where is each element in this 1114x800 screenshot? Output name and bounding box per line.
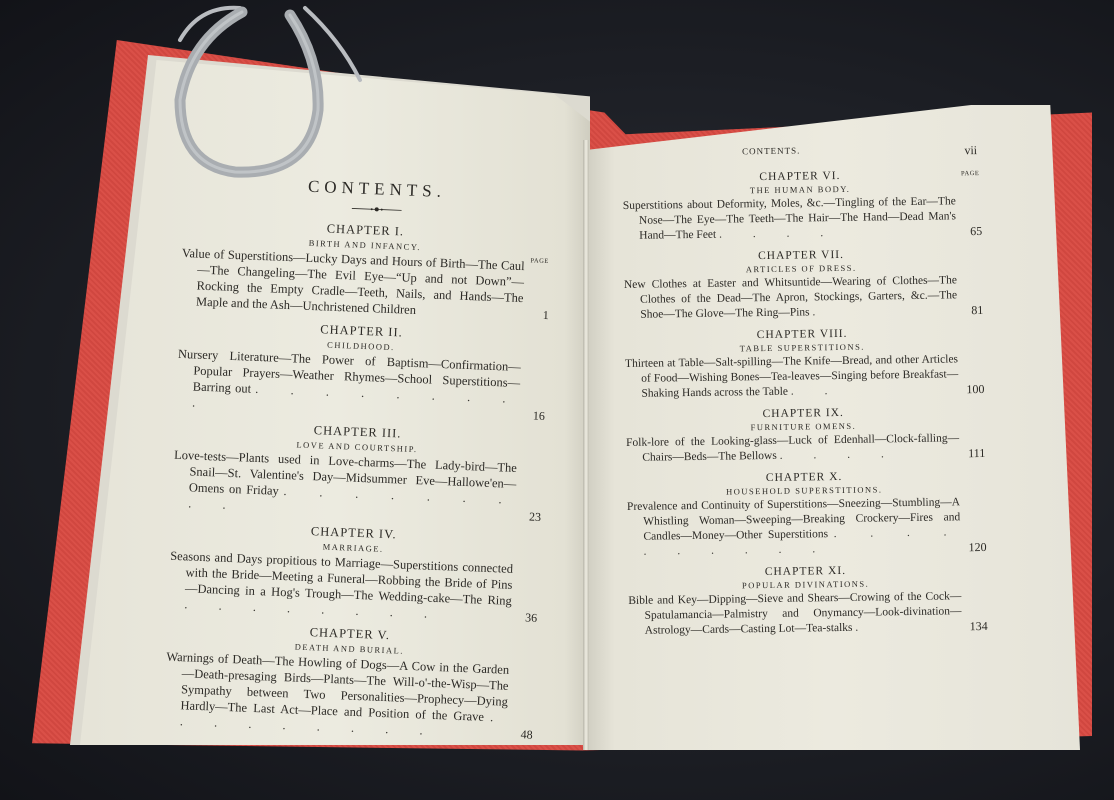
chapter-topics: Seasons and Days propitious to Marriage—… [168, 548, 535, 626]
page-number: 120 [969, 540, 987, 555]
chapter-topics: Bible and Key—Dipping—Sieve and Shears—C… [628, 589, 984, 639]
toc-chapter-1[interactable]: CHAPTER I. BIRTH AND INFANCY. PAGE Value… [180, 216, 548, 323]
toc-chapter-3[interactable]: CHAPTER III. LOVE AND COURTSHIP. Love-te… [172, 418, 540, 525]
toc-chapter-10[interactable]: CHAPTER X. HOUSEHOLD SUPERSTITIONS. Prev… [627, 469, 983, 560]
toc-chapter-9[interactable]: CHAPTER IX. FURNITURE OMENS. Folk-lore o… [626, 405, 982, 466]
folio-number: vii [964, 143, 977, 158]
page-number: 134 [970, 619, 988, 634]
toc-chapter-5[interactable]: CHAPTER V. DEATH AND BURIAL. Warnings of… [164, 620, 533, 743]
chapter-topics: Thirteen at Table—Salt-spilling—The Knif… [625, 352, 981, 402]
page-number: 48 [520, 726, 533, 742]
chapter-topics: Nursery Literature—The Power of Baptism—… [176, 346, 543, 424]
chapter-topics: New Clothes at Easter and Whitsuntide—We… [624, 273, 980, 323]
toc-chapter-4[interactable]: CHAPTER IV. MARRIAGE. Seasons and Days p… [168, 519, 536, 626]
page-number: 65 [970, 224, 982, 239]
dot-leader: . . [791, 385, 842, 398]
chapter-topics: Folk-lore of the Looking-glass—Luck of E… [626, 431, 981, 466]
page-number: 81 [971, 303, 983, 318]
ornament-rule-icon [351, 204, 401, 214]
chapter-topics: Prevalence and Continuity of Superstitio… [627, 495, 983, 560]
chapter-topics: Love-tests—Plants used in Love-charms—Th… [172, 447, 539, 525]
running-head-title: CONTENTS. [742, 146, 800, 162]
toc-chapter-6[interactable]: CHAPTER VI. PAGE THE HUMAN BODY. Superst… [622, 168, 978, 244]
dot-leader: . [812, 306, 829, 318]
page-number: 111 [968, 446, 985, 461]
page-number: 1 [542, 307, 549, 323]
photo-scene: CONTENTS. CHAPTER I. BIRTH AND INFANCY. … [0, 0, 1114, 800]
chapter-topics: Value of Superstitions—Lucky Days and Ho… [180, 245, 547, 323]
page-number: 16 [533, 408, 546, 424]
page-number: 100 [966, 382, 984, 397]
page-number: 36 [525, 609, 538, 625]
right-page-text: CONTENTS. vii CHAPTER VI. PAGE THE HUMAN… [622, 143, 984, 647]
chapter-topics: Superstitions about Deformity, Moles, &c… [623, 194, 979, 244]
chapter-topics: Warnings of Death—The Howling of Dogs—A … [164, 649, 532, 743]
dot-leader: . [855, 622, 872, 634]
dot-leader: . . . . [780, 448, 898, 462]
toc-chapter-2[interactable]: CHAPTER II. CHILDHOOD. Nursery Literatur… [176, 317, 544, 424]
toc-chapter-8[interactable]: CHAPTER VIII. TABLE SUPERSTITIONS. Thirt… [625, 326, 981, 402]
toc-chapter-7[interactable]: CHAPTER VII. ARTICLES OF DRESS. New Clot… [623, 247, 979, 323]
page-column-label: PAGE [961, 170, 979, 177]
left-page-text: CONTENTS. CHAPTER I. BIRTH AND INFANCY. … [163, 172, 549, 751]
dot-leader: . . . . [719, 227, 837, 241]
page-number: 23 [529, 508, 542, 524]
toc-chapter-11[interactable]: CHAPTER XI. POPULAR DIVINATIONS. Bible a… [628, 563, 984, 639]
book-gutter [583, 140, 589, 750]
